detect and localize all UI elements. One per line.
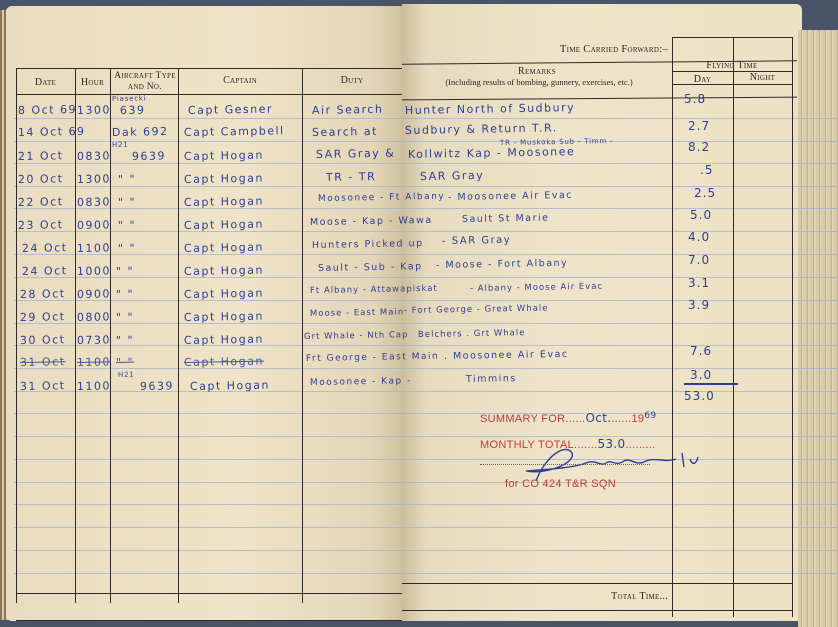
entry-hour: 1000 <box>77 264 111 278</box>
entry-day-time: 4.0 <box>688 230 710 244</box>
entry-date: 14 Oct 69 <box>18 125 86 139</box>
entry-day-time: .5 <box>700 163 713 177</box>
entry-duty: TR - TR <box>326 170 376 184</box>
entry-remarks: . Moosonee Air Evac <box>444 349 569 362</box>
entry-aircraft: " " <box>116 265 134 278</box>
entry-date: 8 Oct 69 <box>18 103 77 117</box>
col-header-date: Date <box>16 77 75 88</box>
entry-captain: Capt Campbell <box>184 124 285 139</box>
entry-date: 28 Oct <box>20 287 66 301</box>
entry-hour: 0730 <box>77 333 111 347</box>
entry-day-time: 7.0 <box>688 253 710 267</box>
entry-hour: 0830 <box>77 195 111 209</box>
entry-date: 20 Oct <box>18 172 64 186</box>
entry-aircraft: " " <box>118 242 136 255</box>
entry-day-time: 7.6 <box>690 344 712 358</box>
entry-duty: Moose - Kap - Wawa <box>310 215 433 228</box>
total-underline <box>684 383 738 385</box>
logbook-spread: Time Carried Forward:– Date Hour Aircraf… <box>0 0 838 627</box>
col-header-remarks: Remarks <box>402 66 672 77</box>
entry-date: 21 Oct <box>18 149 64 163</box>
entry-remarks: - Moose - Fort Albany <box>436 258 568 271</box>
summary-month: Oct. <box>586 411 612 425</box>
col-header-flying-time: Flying Time <box>672 60 792 71</box>
summary-year: 69 <box>644 411 656 421</box>
entry-day-time: 8.2 <box>688 140 710 154</box>
entry-captain-struck: Capt Hogan <box>184 355 264 369</box>
entry-duty: Grt Whale - Nth Cap <box>304 330 409 342</box>
entry-date: 31 Oct <box>20 379 66 393</box>
col-header-night: Night <box>733 72 792 83</box>
entry-date: 24 Oct <box>22 241 68 255</box>
entry-remarks: SAR Gray <box>420 169 484 183</box>
entry-hour: 0800 <box>77 310 111 324</box>
col-header-duty: Duty <box>302 75 402 86</box>
entry-day-time: 3.9 <box>688 298 710 312</box>
col-header-remarks-sub: (Including results of bombing, gunnery, … <box>406 77 672 88</box>
entry-day-time: 3.0 <box>690 368 712 382</box>
entry-duty: Hunters Picked up <box>312 238 424 251</box>
day-total: 53.0 <box>684 389 715 403</box>
entry-aircraft-note: H21 <box>112 141 129 149</box>
entry-hour: 1100 <box>77 241 111 255</box>
entry-day-time: 2.7 <box>688 119 710 133</box>
entry-hour: 1300 <box>77 172 111 186</box>
entry-aircraft: Dak 692 <box>112 125 169 139</box>
entry-hour: 1100 <box>77 379 111 393</box>
entry-aircraft-note: H21 <box>118 371 135 379</box>
entry-aircraft: 9639 <box>140 379 174 393</box>
entry-remarks: Sudbury & Return T.R. <box>405 121 558 137</box>
entry-captain: Capt Hogan <box>184 241 264 255</box>
entry-hour: 0830 <box>77 149 111 163</box>
entry-day-time: 5.8 <box>684 92 706 106</box>
entry-duty: Search at <box>312 125 378 139</box>
entry-aircraft: " " <box>118 219 136 232</box>
total-time-label: Total Time... <box>560 591 668 602</box>
entry-remarks: Belchers . Grt Whale <box>418 328 526 340</box>
entry-remarks: - Moosonee Air Evac <box>448 190 573 203</box>
right-page-stack <box>798 30 838 627</box>
entry-captain: Capt Hogan <box>184 310 264 324</box>
entry-captain: Capt Hogan <box>184 264 264 278</box>
entry-aircraft: " " <box>116 311 134 324</box>
entry-duty: Moose - East Main <box>310 307 404 319</box>
entry-captain: Capt Gesner <box>188 103 273 117</box>
entry-aircraft: " " <box>116 288 134 301</box>
entry-captain: Capt Hogan <box>184 333 264 347</box>
entry-aircraft-note: Piasecki <box>112 94 147 103</box>
entry-remarks: Sault St Marie <box>462 212 550 225</box>
entry-captain: Capt Hogan <box>184 287 264 301</box>
entry-captain: Capt Hogan <box>184 218 264 232</box>
entry-hour: 0900 <box>77 287 111 301</box>
entry-date: 30 Oct <box>20 333 66 347</box>
entry-day-time: 2.5 <box>694 186 716 200</box>
entry-aircraft: 9639 <box>132 149 166 163</box>
entry-duty: Moosonee - Kap - <box>310 376 412 388</box>
summary-for-label: SUMMARY FOR......Oct.......1969 <box>480 411 656 425</box>
stamp-dotted-line <box>480 464 650 465</box>
entry-hour-struck: 1100 <box>77 355 111 369</box>
entry-aircraft-struck: " " <box>116 356 134 369</box>
entry-remarks: Timmins <box>466 373 517 385</box>
entry-aircraft: " " <box>118 196 136 209</box>
entry-day-time: 3.1 <box>688 276 710 290</box>
entry-hour: 0900 <box>77 218 111 232</box>
entry-duty: SAR Gray & <box>316 147 395 161</box>
entry-date: 23 Oct <box>18 218 64 232</box>
entry-aircraft: " " <box>116 334 134 347</box>
col-header-captain: Captain <box>178 75 302 86</box>
entry-day-time: 5.0 <box>690 208 712 222</box>
col-header-aircraft: Aircraft Type and No. <box>112 71 178 93</box>
entry-hour: 1300 <box>77 103 111 117</box>
entry-captain: Capt Hogan <box>184 195 264 209</box>
entry-date-struck: 31 Oct <box>20 355 66 369</box>
entry-captain: Capt Hogan <box>184 149 264 163</box>
entry-duty: Air Search <box>312 103 384 117</box>
col-header-hour: Hour <box>75 77 110 88</box>
col-header-day: Day <box>672 74 733 85</box>
time-carried-forward-label: Time Carried Forward:– <box>528 44 668 55</box>
entry-date: 22 Oct <box>18 195 64 209</box>
entry-aircraft: 639 <box>120 104 146 117</box>
signatory-label: for CO 424 T&R SQN <box>505 478 616 490</box>
entry-aircraft: " " <box>118 173 136 186</box>
entry-captain: Capt Hogan <box>184 172 264 186</box>
entry-date: 29 Oct <box>20 310 66 324</box>
entry-captain: Capt Hogan <box>190 379 270 393</box>
entry-remarks: - SAR Gray <box>442 235 511 247</box>
entry-duty: Sault - Sub - Kap <box>318 261 423 274</box>
entry-date: 24 Oct <box>22 264 68 278</box>
